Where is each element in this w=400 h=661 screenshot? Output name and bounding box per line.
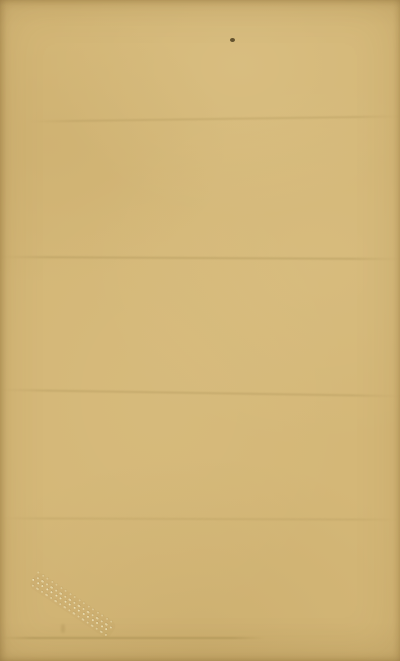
perforation-dot bbox=[100, 630, 103, 633]
perforation-dot bbox=[91, 613, 94, 616]
perforation-dot bbox=[32, 578, 35, 581]
perforation-dot bbox=[86, 615, 89, 618]
perforation-dot bbox=[41, 590, 44, 593]
perforation-dot bbox=[64, 589, 67, 592]
perforation-dot bbox=[100, 625, 103, 628]
perforation-dot bbox=[87, 605, 90, 608]
perforation-dot bbox=[41, 574, 44, 577]
perforation-dot bbox=[36, 582, 39, 585]
perforation-dot bbox=[100, 619, 103, 622]
perforation-dot bbox=[54, 599, 57, 602]
perforation-dot bbox=[68, 598, 71, 601]
perforation-dot bbox=[73, 596, 76, 599]
perforation-dot bbox=[91, 624, 94, 627]
perforation-dot bbox=[45, 588, 48, 591]
perforation-dot bbox=[55, 583, 58, 586]
perforation-dot bbox=[72, 611, 75, 614]
perforation-dot bbox=[68, 608, 71, 611]
perforation-dot bbox=[100, 614, 103, 617]
perforation-dot bbox=[73, 601, 76, 604]
perforation-dot bbox=[37, 571, 40, 574]
perforation-dot bbox=[31, 584, 34, 587]
page-edge-vignette bbox=[0, 0, 400, 661]
perforation-dot bbox=[36, 576, 39, 579]
perforation-dot bbox=[50, 591, 53, 594]
faint-smudge bbox=[61, 624, 65, 633]
perforation-dot bbox=[77, 609, 80, 612]
perforation-dot bbox=[77, 604, 80, 607]
perforation-dot bbox=[64, 600, 67, 603]
perforation-dot bbox=[82, 612, 85, 615]
perforation-dot bbox=[59, 602, 62, 605]
perforation-dot bbox=[105, 628, 108, 631]
perforation-dot bbox=[96, 616, 99, 619]
perforation-dot bbox=[105, 617, 108, 620]
perforation-dot bbox=[50, 585, 53, 588]
crease-line bbox=[30, 115, 400, 122]
perforation-dot bbox=[78, 599, 81, 602]
perforation-dot bbox=[96, 611, 99, 614]
perforation-dot bbox=[82, 602, 85, 605]
perforation-dot bbox=[41, 585, 44, 588]
perforation-dot bbox=[82, 607, 85, 610]
perforation-dot bbox=[50, 596, 53, 599]
crease-line bbox=[0, 256, 400, 260]
perforation-dot bbox=[59, 592, 62, 595]
perforation-dot bbox=[36, 587, 39, 590]
crease-line bbox=[0, 389, 400, 397]
perforation-dot bbox=[95, 627, 98, 630]
perforation-dot bbox=[87, 610, 90, 613]
perforation-dot bbox=[68, 603, 71, 606]
perforation-dot bbox=[105, 622, 108, 625]
perforation-dot bbox=[95, 622, 98, 625]
perforation-dot bbox=[46, 577, 49, 580]
perforation-dot bbox=[110, 620, 113, 623]
crease-line bbox=[0, 517, 400, 520]
perforation-dot bbox=[82, 618, 85, 621]
perforation-dot bbox=[86, 621, 89, 624]
perforation-dot bbox=[59, 586, 62, 589]
perforation-dot bbox=[50, 580, 53, 583]
perforation-dot bbox=[91, 608, 94, 611]
perforation-dot bbox=[73, 606, 76, 609]
ink-speck bbox=[230, 38, 235, 42]
scanned-blank-book-page bbox=[0, 0, 400, 661]
perforation-dot bbox=[45, 593, 48, 596]
perforation-dot bbox=[69, 593, 72, 596]
perforation-dot bbox=[41, 579, 44, 582]
perforation-dot bbox=[59, 597, 62, 600]
perforation-dot bbox=[54, 594, 57, 597]
perforation-dot bbox=[55, 589, 58, 592]
perforation-dot bbox=[104, 633, 107, 636]
crease-line bbox=[0, 637, 265, 639]
perforated-ownership-stamp bbox=[28, 571, 118, 639]
perforation-dot bbox=[64, 595, 67, 598]
perforation-dot bbox=[91, 618, 94, 621]
perforation-dot bbox=[63, 605, 66, 608]
perforation-dot bbox=[109, 625, 112, 628]
perforation-dot bbox=[77, 614, 80, 617]
perforation-dot bbox=[46, 582, 49, 585]
